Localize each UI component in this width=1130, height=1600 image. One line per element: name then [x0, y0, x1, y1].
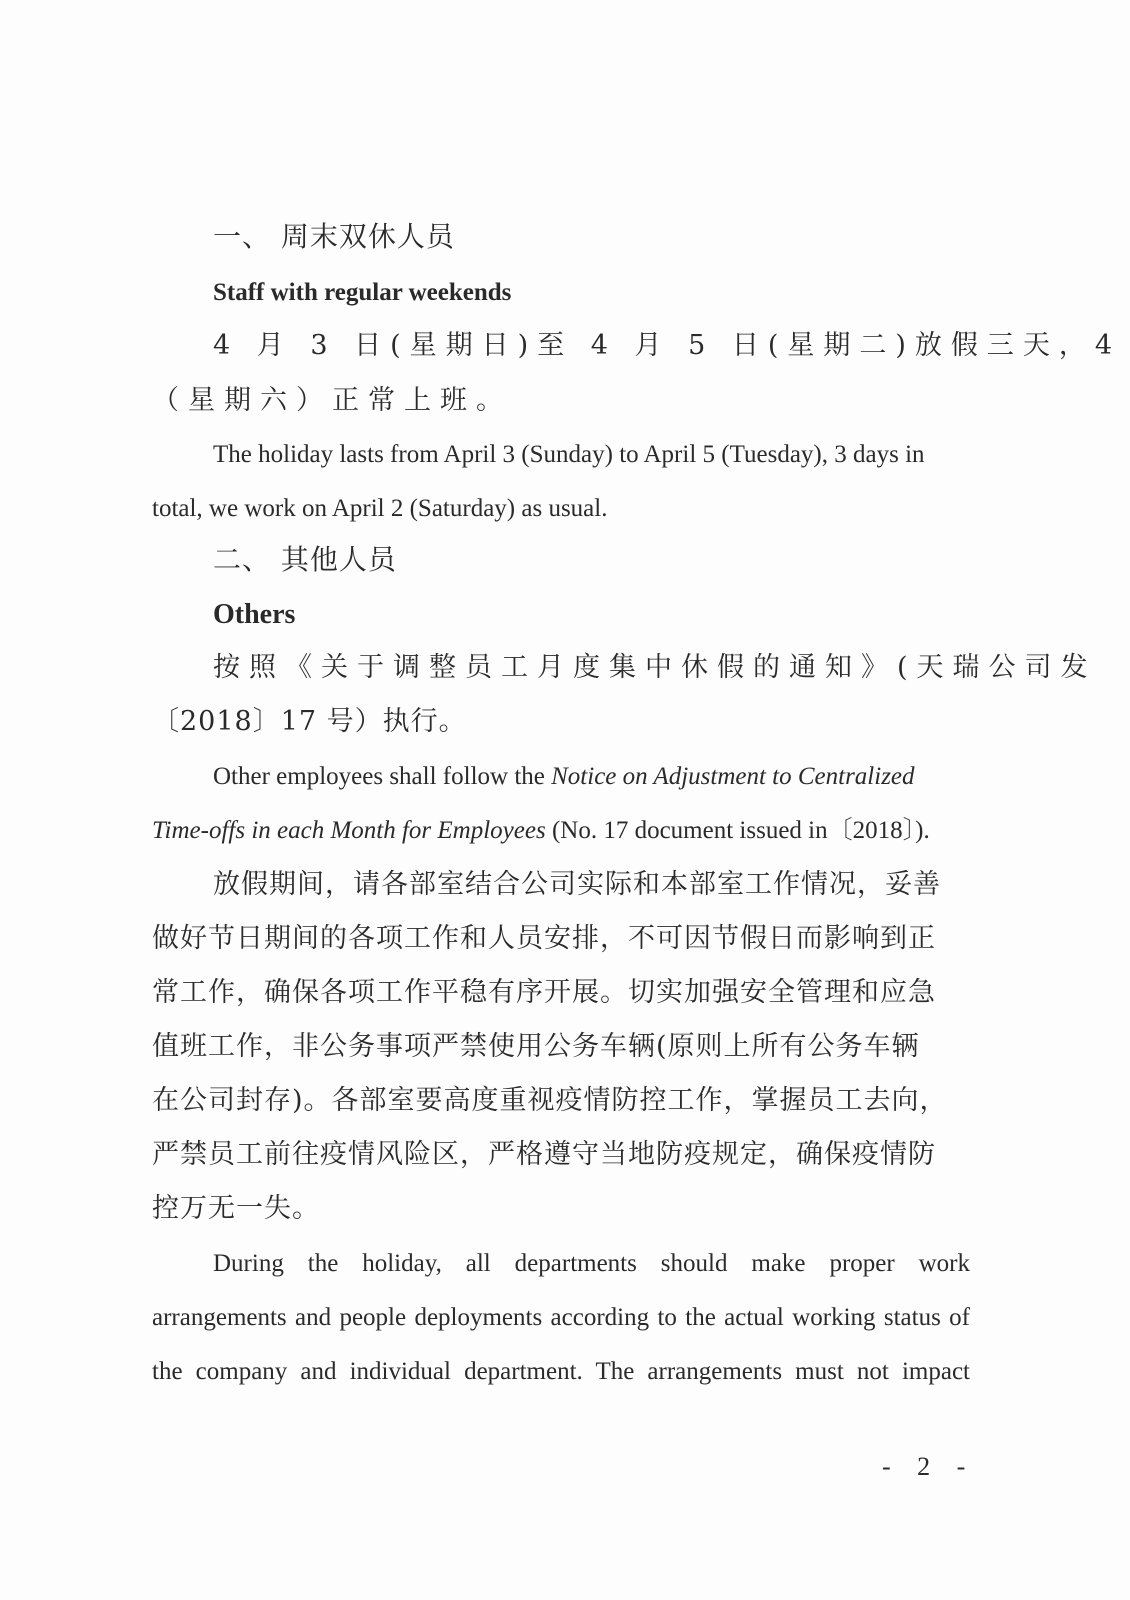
document-page: 一、 周末双休人员 Staff with regular weekends 4 …: [0, 0, 1130, 1600]
section1-cn-line-2: （星期六）正常上班。: [152, 384, 970, 418]
closing-en-line-1: During the holiday, all departments shou…: [213, 1247, 970, 1281]
section2-en-line-2: Time-offs in each Month for Employees (N…: [152, 814, 970, 848]
section-subheading-2-en: Others: [213, 598, 970, 632]
closing-cn-line-6: 严禁员工前往疫情风险区，严格遵守当地防疫规定，确保疫情防: [152, 1138, 970, 1172]
closing-cn-line-7: 控万无一失。: [152, 1192, 970, 1226]
page-number: - 2 -: [882, 1452, 975, 1482]
section2-en-text-end: (No. 17 document issued in〔2018〕).: [546, 817, 930, 844]
section1-en-line-2: total, we work on April 2 (Saturday) as …: [152, 492, 970, 526]
closing-cn-line-4: 值班工作，非公务事项严禁使用公务车辆(原则上所有公务车辆: [152, 1030, 970, 1064]
section-heading-1: 一、 周末双休人员: [213, 220, 970, 254]
section2-cn-line-1: 按照《关于调整员工月度集中休假的通知》(天瑞公司发: [213, 651, 970, 685]
closing-cn-line-5: 在公司封存)。各部室要高度重视疫情防控工作，掌握员工去向，: [152, 1084, 970, 1118]
section-heading-2: 二、 其他人员: [213, 543, 970, 577]
section2-en-text: Other employees shall follow the: [213, 763, 551, 790]
notice-title-italic-cont: Time-offs in each Month for Employees: [152, 817, 546, 844]
closing-cn-line-1: 放假期间，请各部室结合公司实际和本部室工作情况，妥善: [213, 868, 970, 902]
section1-cn-line-1: 4 月 3 日(星期日)至 4 月 5 日(星期二)放假三天，4 月 2 日: [213, 329, 970, 363]
section-subheading-1-en: Staff with regular weekends: [213, 276, 970, 310]
notice-title-italic: Notice on Adjustment to Centralized: [551, 763, 914, 790]
section1-en-line-1: The holiday lasts from April 3 (Sunday) …: [213, 438, 970, 472]
closing-en-line-3: the company and individual department. T…: [152, 1355, 970, 1389]
closing-cn-line-2: 做好节日期间的各项工作和人员安排，不可因节假日而影响到正: [152, 922, 970, 956]
closing-cn-line-3: 常工作，确保各项工作平稳有序开展。切实加强安全管理和应急: [152, 976, 970, 1010]
closing-en-line-2: arrangements and people deployments acco…: [152, 1301, 970, 1335]
section2-en-line-1: Other employees shall follow the Notice …: [213, 760, 970, 794]
section2-cn-line-2: 〔2018〕17 号）执行。: [152, 705, 970, 739]
